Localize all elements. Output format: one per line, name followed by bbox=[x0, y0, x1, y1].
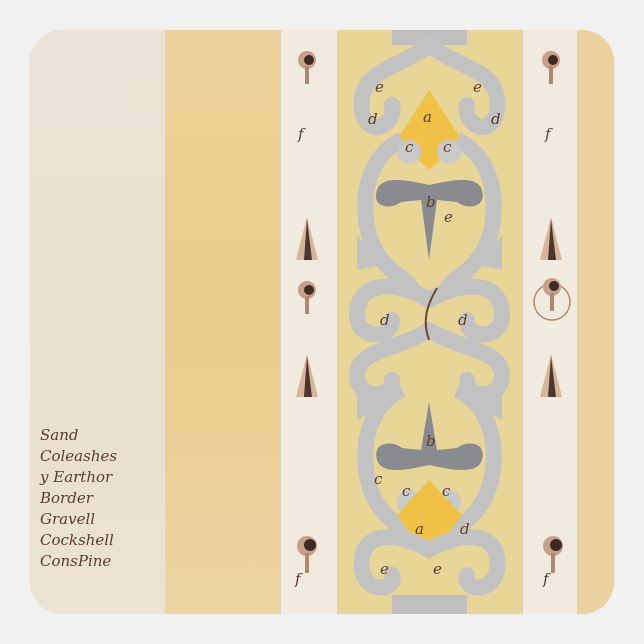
tree-strip-left bbox=[280, 30, 339, 614]
cone-tree-icon bbox=[292, 215, 322, 265]
label-e: e bbox=[473, 78, 482, 96]
label-d: d bbox=[368, 110, 378, 128]
label-c: c bbox=[442, 482, 450, 500]
label-c: c bbox=[405, 138, 413, 156]
cone-tree-icon bbox=[536, 352, 566, 402]
label-f: f bbox=[545, 125, 551, 143]
legend-line: ConsPine bbox=[40, 551, 117, 572]
label-a: a bbox=[423, 108, 432, 126]
tree-in-circle-icon bbox=[530, 275, 574, 325]
label-e: e bbox=[375, 78, 384, 96]
tree-icon bbox=[292, 280, 322, 320]
sticker: e e a d d c c b e d d b c c c a d e e f … bbox=[30, 30, 614, 614]
ochre-band-left bbox=[165, 30, 280, 614]
label-b: b bbox=[426, 193, 436, 211]
tree-icon bbox=[536, 50, 566, 90]
label-e: e bbox=[433, 560, 442, 578]
label-a: a bbox=[415, 520, 424, 538]
tree-icon bbox=[536, 535, 570, 577]
cone-tree-icon bbox=[536, 215, 566, 265]
label-c: c bbox=[374, 470, 382, 488]
handwritten-legend: Sand Coleashes y Earthor Border Gravell … bbox=[40, 425, 117, 572]
ochre-band-right bbox=[577, 30, 614, 614]
label-e: e bbox=[444, 208, 453, 226]
tree-icon bbox=[290, 535, 324, 577]
label-e: e bbox=[380, 560, 389, 578]
legend-line: y Earthor bbox=[40, 467, 117, 488]
label-d: d bbox=[491, 110, 501, 128]
label-d: d bbox=[380, 311, 390, 329]
legend-line: Gravell bbox=[40, 509, 117, 530]
label-c: c bbox=[402, 482, 410, 500]
legend-line: Sand bbox=[40, 425, 117, 446]
cone-tree-icon bbox=[292, 352, 322, 402]
label-d: d bbox=[460, 520, 470, 538]
legend-line: Coleashes bbox=[40, 446, 117, 467]
legend-line: Border bbox=[40, 488, 117, 509]
label-c: c bbox=[443, 138, 451, 156]
tree-icon bbox=[292, 50, 322, 90]
label-f: f bbox=[298, 125, 304, 143]
label-b: b bbox=[426, 432, 436, 450]
label-d: d bbox=[458, 311, 468, 329]
legend-line: Cockshell bbox=[40, 530, 117, 551]
